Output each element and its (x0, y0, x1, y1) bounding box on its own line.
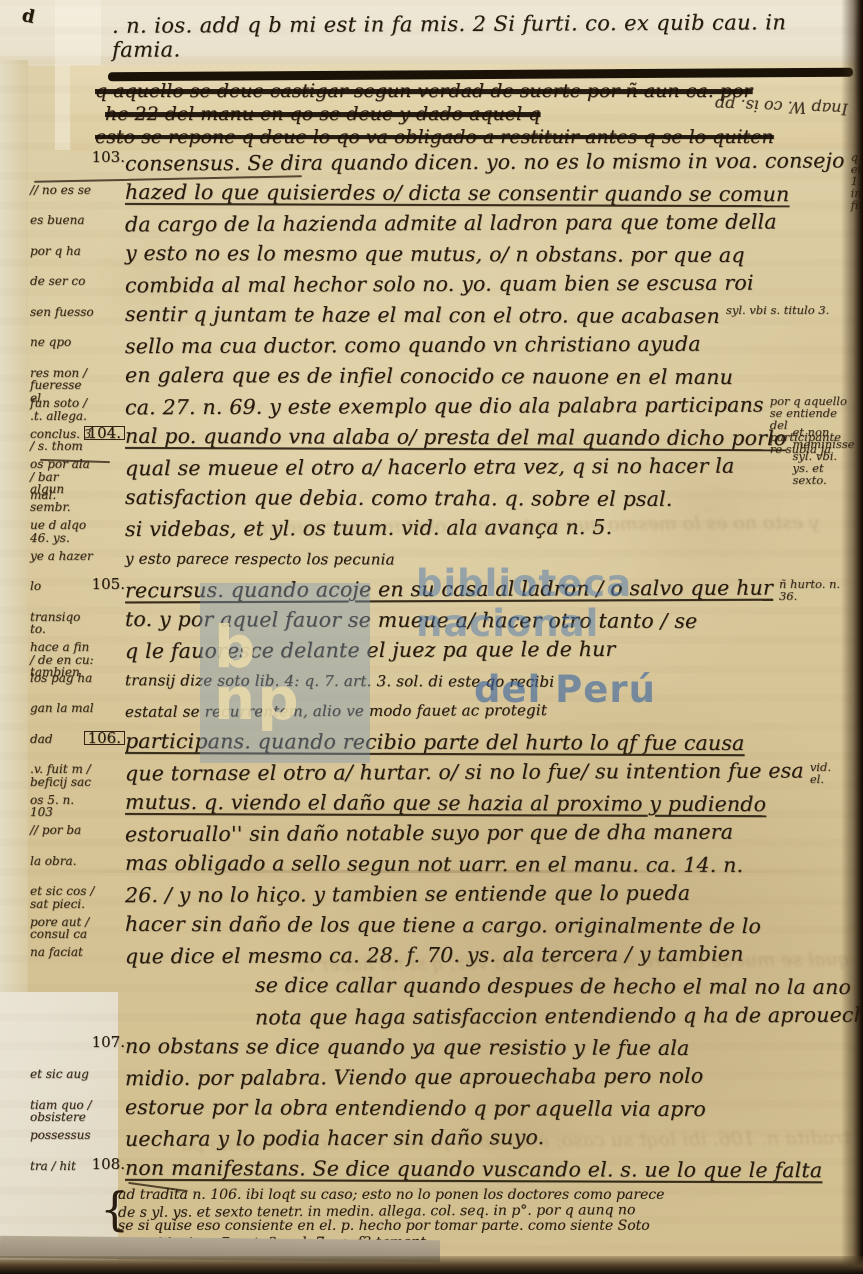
paragraph-number: 103. (92, 151, 125, 164)
line-text: y esto parece respecto los pecunia (125, 543, 395, 574)
paragraph-number: 107. (92, 1036, 125, 1049)
text-line: fun soto / .t. allega.ca. 27. n. 69. y e… (30, 391, 848, 422)
margin-cell: lo105. (30, 574, 125, 593)
margin-cell (160, 1001, 255, 1007)
text-line: es buenada cargo de la hazienda admite a… (30, 208, 848, 239)
margin-note: por q ha (30, 245, 95, 258)
text-line: tiam quo / obsistereestorue por la obra … (30, 1093, 848, 1124)
line-text: estoruallo'' sin daño notable suyo por q… (125, 817, 733, 850)
margin-cell: pore aut / consul ca (30, 910, 125, 941)
line-text: mutus. q. viendo el daño que se hazia al… (125, 786, 766, 819)
text-line: res mon / fueresse elen galera que es de… (30, 361, 848, 392)
margin-cell: ne qpo (30, 330, 125, 349)
text-line: possessusuechara y lo podia hacer sin da… (30, 1123, 848, 1154)
underlying-page-left-edge (0, 60, 28, 1000)
margin-cell: 103. (30, 147, 125, 153)
footnote-line: se si quise eso consiente en el. p. hech… (118, 1219, 848, 1235)
text-line: ne qposello ma cua ductor. como quando v… (30, 330, 848, 361)
margin-cell: gan la mal (30, 696, 125, 715)
margin-cell: dad106. (30, 727, 125, 746)
margin-cell: la obra. (30, 849, 125, 868)
margin-cell: os 5. n. 103 (30, 788, 125, 819)
line-text: nal po. quando vna alaba o/ presta del m… (125, 420, 787, 453)
margin-note: lo (30, 580, 95, 593)
margin-note: transiqo to. (30, 611, 95, 636)
interlinear-note: syl. vbi s. titulo 3. (726, 300, 829, 316)
margin-cell: 107. (30, 1032, 125, 1038)
text-line: mal. sembr.satisfaction que debia. como … (30, 483, 848, 514)
line-text: midio. por palabra. Viendo que aprouecha… (125, 1061, 704, 1094)
line-text: se dice callar quando despues de hecho e… (255, 969, 851, 1002)
watermark-text: bibliotecanacionaldel Perú (416, 564, 676, 710)
margin-note: possessus (30, 1129, 95, 1142)
scan-edge-top-right (839, 0, 863, 212)
text-line: et sic augmidio. por palabra. Viendo que… (30, 1062, 848, 1093)
margin-cell: na faciat (30, 940, 125, 959)
margin-cell: es buena (30, 208, 125, 227)
margin-note: et sic aug (30, 1068, 95, 1081)
manuscript-page: d . n. ios. add q b mi est in fa mis. 2 … (0, 0, 863, 1274)
margin-note: pore aut / consul ca (30, 916, 95, 941)
margin-cell: possessus (30, 1123, 125, 1142)
watermark-logo-panel: bnp (200, 583, 370, 763)
margin-note: .v. fuit m / beficij sac (30, 763, 95, 788)
line-text: y esto no es lo mesmo que mutus, o/ n ob… (125, 237, 745, 270)
watermark-logo: np (214, 673, 301, 725)
line-text: satisfaction que debia. como traha. q. s… (125, 482, 673, 514)
margin-note: de ser co (30, 275, 95, 288)
text-line: dad106.participans. quando recibio parte… (30, 727, 848, 758)
line-text: si videbas, et yl. os tuum. vid. ala ava… (125, 512, 612, 545)
text-line: 107.no obstans se dice quando ya que res… (30, 1032, 848, 1063)
margin-note: ye a hazer (30, 550, 95, 563)
line-text: ca. 27. n. 69. y este exemplo que dio al… (125, 390, 764, 423)
margin-note: na faciat (30, 946, 95, 959)
paragraph-number: 105. (92, 578, 125, 591)
line-text: combida al mal hechor solo no. yo. quam … (125, 268, 754, 301)
text-line: ue d alqo 46. ys.si videbas, et yl. os t… (30, 513, 848, 544)
line-text: uechara y lo podia hacer sin daño suyo. (125, 1122, 544, 1154)
margin-cell: conclus. 3 / s. thom104. (30, 422, 125, 453)
line-text: hazed lo que quisierdes o/ dicta se cons… (125, 176, 790, 209)
footnote-line: ad tradita n. 106. ibi loqt su caso; est… (118, 1188, 848, 1204)
margin-cell: tra / hit108. (30, 1154, 125, 1173)
line-text: 26. / y no lo hiço. y tambien se entiend… (125, 878, 690, 911)
margin-cell: .v. fuit m / beficij sac (30, 757, 125, 788)
text-line: tra / hit108.non manifestans. Se dice qu… (30, 1154, 848, 1185)
margin-note: los pag ha (30, 672, 95, 685)
paragraph-number: 106. (84, 731, 125, 746)
watermark-word: del Perú (474, 670, 676, 710)
line-text: qual se mueue el otro a/ hacerlo etra ve… (125, 451, 735, 484)
text-line: se dice callar quando despues de hecho e… (30, 971, 848, 1002)
margin-cell: sen fuesso (30, 300, 125, 319)
paragraph-number: 104. (84, 426, 125, 441)
margin-note: gan la mal (30, 702, 95, 715)
margin-cell: por q ha (30, 239, 125, 258)
line-text: sello ma cua ductor. como quando vn chri… (125, 329, 701, 362)
margin-cell: fun soto / .t. allega. (30, 391, 125, 422)
margin-note: os 5. n. 103 (30, 794, 95, 819)
header-latin-line: . n. ios. add q b mi est in fa mis. 2 Si… (112, 10, 812, 62)
margin-cell: ye a hazer (30, 544, 125, 563)
text-line: conclus. 3 / s. thom104.nal po. quando v… (30, 422, 848, 453)
text-line: na faciatque dice el mesmo ca. 28. f. 70… (30, 940, 848, 971)
line-text: nota que haga satisfaccion entendiendo q… (255, 1000, 863, 1033)
margin-note: tiam quo / obsistere (30, 1099, 95, 1124)
text-line: nota que haga satisfaccion entendiendo q… (30, 1001, 848, 1032)
line-text: no obstans se dice quando ya que resisti… (125, 1031, 690, 1063)
line-text: consensus. Se dira quando dicen. yo. no … (125, 145, 845, 179)
text-line: sen fuessosentir q juntam te haze el mal… (30, 300, 848, 331)
margin-cell: transiqo to. (30, 605, 125, 636)
line-text: mas obligado a sello segun not uarr. en … (125, 847, 743, 880)
margin-note: ue d alqo 46. ys. (30, 519, 95, 544)
interlinear-note: ñ hurto. n. 36. (779, 574, 848, 602)
text-line: et sic cos / sat pieci.26. / y no lo hiç… (30, 879, 848, 910)
line-text: non manifestans. Se dice quando vuscando… (125, 1152, 822, 1185)
text-line: // por baestoruallo'' sin daño notable s… (30, 818, 848, 849)
text-line: de ser cocombida al mal hechor solo no. … (30, 269, 848, 300)
text-line: 103.consensus. Se dira quando dicen. yo.… (30, 147, 848, 178)
paragraph-number: 108. (92, 1158, 125, 1171)
margin-cell: et sic cos / sat pieci. (30, 879, 125, 910)
margin-note: la obra. (30, 855, 95, 868)
margin-cell: los pag ha (30, 666, 125, 685)
margin-cell: mal. sembr. (30, 483, 125, 514)
margin-note: mal. sembr. (30, 489, 95, 514)
margin-note: // no es se (30, 184, 95, 197)
margin-cell: et sic aug (30, 1062, 125, 1081)
line-text: da cargo de la hazienda admite al ladron… (125, 207, 777, 240)
line-text: en galera que es de infiel conocido ce n… (125, 359, 733, 392)
text-line: la obra.mas obligado a sello segun not u… (30, 849, 848, 880)
watermark-word: biblioteca (416, 564, 676, 604)
margin-note: fun soto / .t. allega. (30, 397, 95, 422)
text-line: .v. fuit m / beficij sacque tornase el o… (30, 757, 848, 788)
line-text: sentir q juntam te haze el mal con el ot… (125, 298, 720, 331)
margin-cell: de ser co (30, 269, 125, 288)
text-line: os por ala / bar algunqual se mueue el o… (30, 452, 848, 483)
margin-cell: ue d alqo 46. ys. (30, 513, 125, 544)
margin-note: tra / hit (30, 1160, 95, 1173)
margin-cell (160, 971, 255, 977)
margin-note: // por ba (30, 824, 95, 837)
margin-cell: tiam quo / obsistere (30, 1093, 125, 1124)
margin-cell: // por ba (30, 818, 125, 837)
text-line: por q hay esto no es lo mesmo que mutus,… (30, 239, 848, 270)
text-line: pore aut / consul cahacer sin daño de lo… (30, 910, 848, 941)
line-text: hacer sin daño de los que tiene a cargo.… (125, 908, 761, 941)
footnote-line: de s yl. ys. et sexto tenetr. in medin. … (118, 1202, 848, 1221)
text-line: os 5. n. 103mutus. q. viendo el daño que… (30, 788, 848, 819)
text-line: // no es sehazed lo que quisierdes o/ di… (30, 178, 848, 209)
watermark-word: nacional (416, 604, 676, 644)
margin-note: ne qpo (30, 336, 95, 349)
paper-crease (20, 870, 850, 873)
margin-note: sen fuesso (30, 306, 95, 319)
margin-note: et sic cos / sat pieci. (30, 885, 95, 910)
scan-edge-bottom (0, 1256, 863, 1274)
line-text: estorue por la obra entendiendo q por aq… (125, 1091, 706, 1124)
line-text: que dice el mesmo ca. 28. f. 70. ys. ala… (125, 939, 744, 972)
margin-note: es buena (30, 214, 95, 227)
